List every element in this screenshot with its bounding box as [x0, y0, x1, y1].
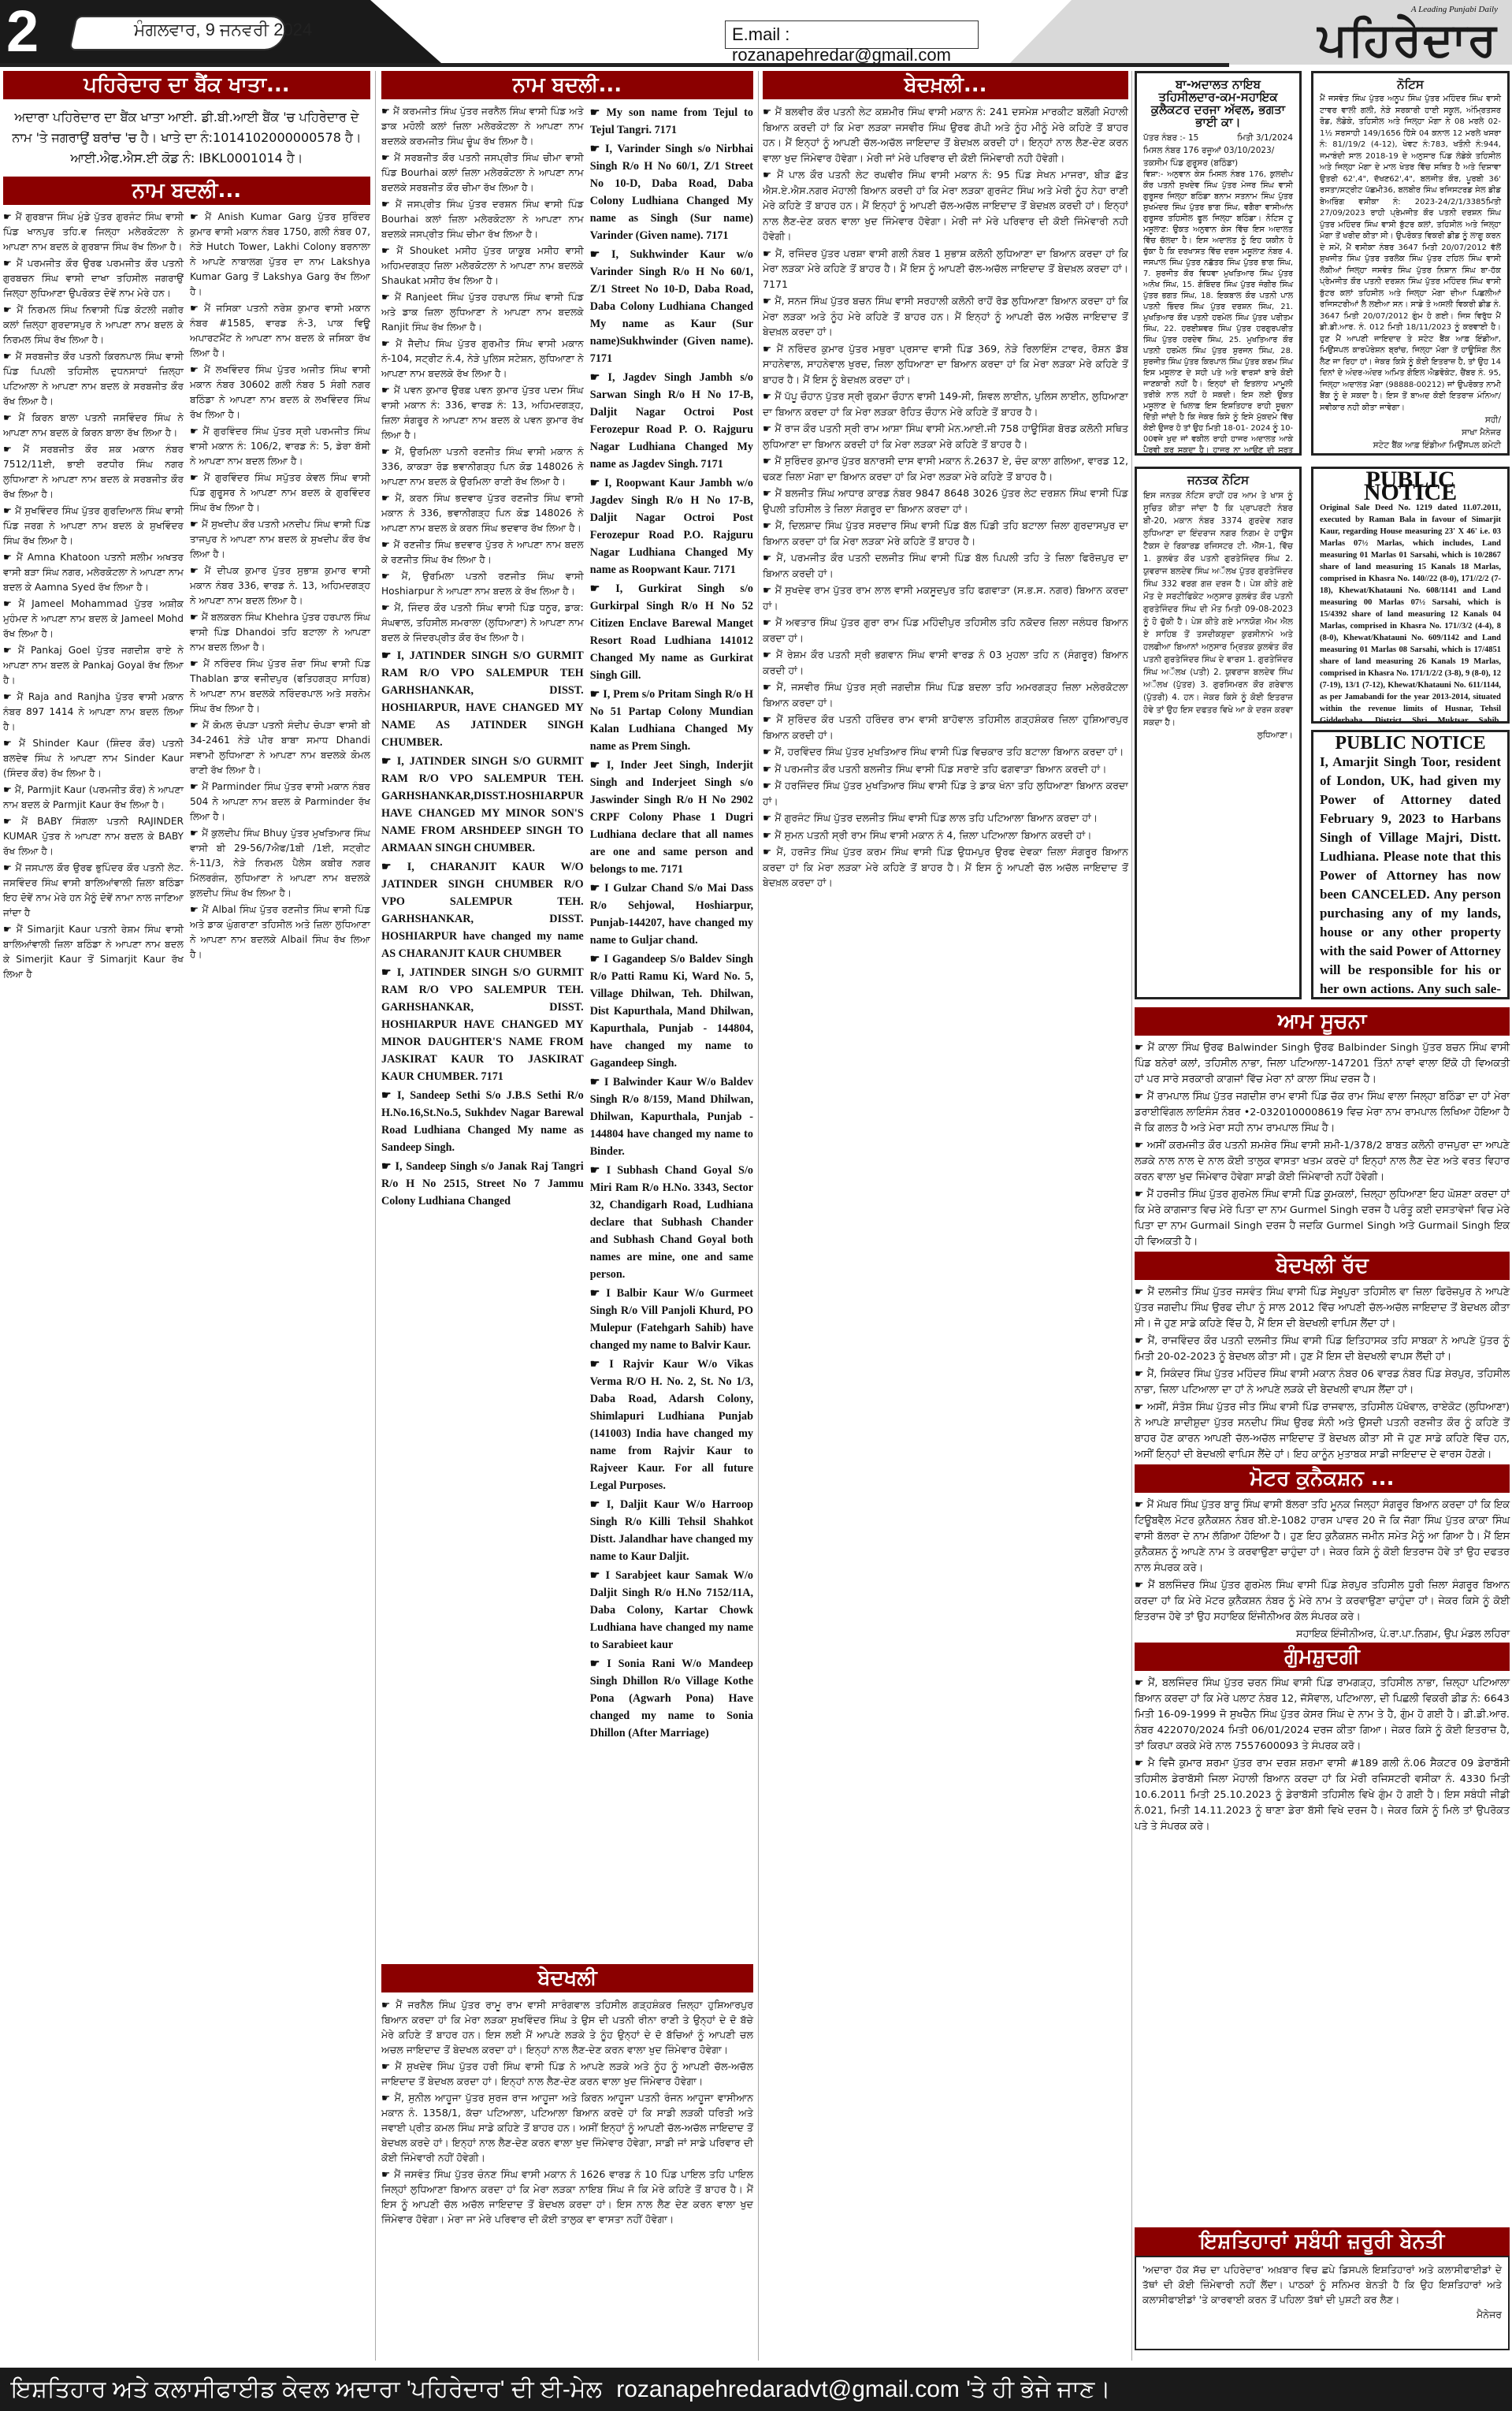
column-center: ਨਾਮ ਬਦਲੀ... ਮੈਂ ਕਰਮਜੀਤ ਸਿੰਘ ਪੁੱਤਰ ਜਰਨੈਲ … — [381, 71, 753, 1901]
eviction-heading-center: ਬੇਦਖਲੀ — [381, 1964, 753, 1992]
public-notice-sale-deed: PUBLIC NOTICE Original Sale Deed No. 121… — [1311, 467, 1510, 724]
signature-line: ਸਹੀ/ — [1320, 414, 1501, 426]
list-item: I Sarabjeet kaur Samak W/o Daljit Singh … — [590, 1567, 753, 1654]
list-item: ਮੈਂ, ਸਿਕੰਦਰ ਸਿੰਘ ਪੁੱਤਰ ਮਹਿੰਦਰ ਸਿੰਘ ਵਾਸੀ … — [1135, 1367, 1510, 1398]
list-item: ਮੈਂ ਗੁਰਵਿੰਦਰ ਸਿੰਘ ਸਪੁੱਤਰ ਕੇਵਲ ਸਿੰਘ ਵਾਸੀ … — [190, 471, 370, 515]
list-item: ਮੈਂ ਦਲਜੀਤ ਸਿੰਘ ਪੁੱਤਰ ਜਸਵੰਤ ਸਿੰਘ ਵਾਸੀ ਪਿੰ… — [1135, 1285, 1510, 1332]
list-item: I, JATINDER SINGH S/O GURMIT RAM R/O VPO… — [381, 647, 584, 751]
court-notice-file: ਮਿਸਲ ਨੰਬਰ 176 ਰਜੂਆਂ 03/10/2023/ — [1143, 144, 1293, 157]
eviction-center-section: ਬੇਦਖਲੀ ਮੈਂ ਜਰਨੈਲ ਸਿੰਘ ਪੁੱਤਰ ਰਾਮੂ ਰਾਮ ਵਾਸ… — [381, 1964, 753, 2228]
public-notice-2-heading: PUBLIC NOTICE — [1320, 737, 1501, 750]
list-item: ਮੈਂ, ਸਨਜ ਸਿੰਘ ਪੁੱਤਰ ਬਚਨ ਸਿੰਘ ਵਾਸੀ ਸਰਹਾਲੀ… — [763, 293, 1128, 340]
list-item: I Balwinder Kaur W/o Baldev Singh R/o 8/… — [590, 1073, 753, 1160]
footer-suffix: 'ਤੇ ਹੀ ਭੇਜੇ ਜਾਣ। — [966, 2376, 1110, 2402]
list-item: ਮੈਂ, ਜਿੰਦਰ ਕੌਰ ਪਤਨੀ ਸਿੰਘ ਵਾਸੀ ਪਿੰਡ ਧਨੂਰ,… — [381, 601, 584, 646]
page-number: 2 — [6, 2, 39, 61]
list-item: ਮੈਂ ਰਾਮਪਾਲ ਸਿੰਘ ਪੁੱਤਰ ਜਗਦੀਸ਼ ਰਾਮ ਵਾਸੀ ਪਿ… — [1135, 1089, 1510, 1137]
list-item: ਮੈਂ ਪਵਨ ਕੁਮਾਰ ਉਰਫ਼ ਪਵਨ ਕੁਮਾਰ ਪੁੱਤਰ ਪਦਮ ਸ… — [381, 383, 584, 443]
list-item: ਮੈਂ Shinder Kaur (ਸ਼ਿੰਦਰ ਕੌਰ) ਪਤਨੀ ਬਲਦੇਵ… — [3, 736, 184, 781]
list-item: ਮੈਂ ਕਰਮਜੀਤ ਸਿੰਘ ਪੁੱਤਰ ਜਰਨੈਲ ਸਿੰਘ ਵਾਸੀ ਪਿ… — [381, 104, 584, 149]
issue-date: ਮੰਗਲਵਾਰ, 9 ਜਨਵਰੀ 2024 — [134, 20, 312, 40]
bank-notice-heading: ਨੋਟਿਸ — [1320, 78, 1501, 91]
motor-connection-heading: ਮੋਟਰ ਕੁਨੈਕਸ਼ਨ ... — [1135, 1464, 1510, 1493]
bank-notice: ਨੋਟਿਸ ਮੈਂ ਜਸਵੰਤ ਸਿੰਘ ਪੁੱਤਰ ਅਨੂਪ ਸਿੰਘ ਪੁੱ… — [1311, 71, 1510, 456]
court-notice-heading: ਬਾ-ਅਦਾਲਤ ਨਾਇਬ ਤਹਿਸੀਲਦਾਰ-ਕਮ-ਸਹਾਇਕ ਕੁਲੈਕਟਰ… — [1143, 78, 1293, 128]
footer-text: ਇਸ਼ਤਿਹਾਰ ਅਤੇ ਕਲਾਸੀਫਾਈਡ ਕੇਵਲ ਅਦਾਰਾ 'ਪਹਿਰੇ… — [11, 2376, 602, 2402]
list-item: ਮੈਂ, ਹਰਜੋਤ ਸਿੰਘ ਪੁੱਤਰ ਕਰਮ ਸਿੰਘ ਵਾਸੀ ਪਿੰਡ… — [763, 844, 1128, 891]
list-item: ਮੈਂ ਸੁਰਿੰਦਰ ਕੁਮਾਰ ਪੁੱਤਰ ਬਨਾਰਸੀ ਦਾਸ ਵਾਸੀ … — [763, 453, 1128, 484]
list-item: ਮੈਂ Pankaj Goel ਪੁੱਤਰ ਜਗਦੀਸ਼ ਰਾਏ ਨੇ ਆਪਣਾ… — [3, 643, 184, 688]
list-item: ਅਸੀਂ, ਸੰਤੋਸ਼ ਸਿੰਘ ਪੁੱਤਰ ਜੀਤ ਸਿੰਘ ਵਾਸੀ ਪਿ… — [1135, 1400, 1510, 1463]
column-eviction: ਬੇਦਖ਼ਲੀ... ਮੈਂ ਬਲਵੀਰ ਕੌਰ ਪਤਨੀ ਲੇਟ ਕਸ਼ਮੀਰ… — [763, 71, 1128, 2382]
list-item: ਮੈਂ Parminder ਸਿੰਘ ਪੁੱਤਰ ਵਾਸੀ ਮਕਾਨ ਨੰਬਰ … — [190, 779, 370, 824]
list-item: ਮੈਂ Jameel Mohammad ਪੁੱਤਰ ਅਸ਼ੀਕ ਮੁਹੰਮਦ ਨ… — [3, 597, 184, 642]
list-item: ਮੈਂ ਰਾਜ ਕੌਰ ਪਤਨੀ ਸ੍ਰੀ ਰਾਮ ਆਸ਼ਾ ਸਿੰਘ ਵਾਸੀ… — [763, 421, 1128, 452]
list-item: ਮੈਂ ਬਲਜਿੰਦਰ ਸਿੰਘ ਪੁੱਤਰ ਗੁਰਮੇਲ ਸਿੰਘ ਵਾਸੀ … — [1135, 1578, 1510, 1625]
list-item: ਮੈਂ, ਉਰਮਿਲਾ ਪਤਨੀ ਰਣਜੀਤ ਸਿੰਘ ਵਾਸੀ ਮਕਾਨ ਨੰ… — [381, 445, 584, 489]
list-item: ਮੈਂ ਬਲਵੀਰ ਕੌਰ ਪਤਨੀ ਲੇਟ ਕਸ਼ਮੀਰ ਸਿੰਘ ਵਾਸੀ … — [763, 104, 1128, 166]
name-change-center-b: My son name from Tejul to Tejul Tangri. … — [590, 104, 753, 1901]
list-item: ਮੈਂ Simarjit Kaur ਪਤਨੀ ਰੇਸ਼ਮ ਸਿੰਘ ਵਾਸੀ ਬ… — [3, 922, 184, 982]
list-item: ਮੈਂ ਕਾਲਾ ਸਿੰਘ ਉਰਫ Balwinder Singh ਉਰਫ Ba… — [1135, 1040, 1510, 1088]
bank-notice-body: ਮੈਂ ਜਸਵੰਤ ਸਿੰਘ ਪੁੱਤਰ ਅਨੂਪ ਸਿੰਘ ਪੁੱਤਰ ਮਹਿ… — [1320, 94, 1501, 414]
list-item: I, JATINDER SINGH S/O GURMIT RAM R/O VPO… — [381, 753, 584, 857]
list-item: ਮੈਂ ਗੁਰਜੰਟ ਸਿੰਘ ਪੁੱਤਰ ਦਲਜੀਤ ਸਿੰਘ ਵਾਸੀ ਪਿ… — [763, 810, 1128, 826]
bank-heading: ਪਹਿਰੇਦਾਰ ਦਾ ਬੈਂਕ ਖਾਤਾ... — [3, 71, 370, 99]
list-item: I, Gurkirat Singh s/o Gurkirpal Singh R/… — [590, 580, 753, 684]
list-item: ਮੈਂ, ਰਾਜਵਿੰਦਰ ਕੌਰ ਪਤਨੀ ਦਲਜੀਤ ਸਿੰਘ ਵਾਸੀ ਪ… — [1135, 1334, 1510, 1365]
list-item: ਮੈਂ ਨਿਰਮਲ ਸਿੰਘ ਨਿਵਾਸੀ ਪਿੰਡ ਕੋਟਲੀ ਜਗੀਰ ਕਲ… — [3, 303, 184, 348]
signature-line: ਲੁਧਿਆਣਾ। — [1143, 729, 1293, 742]
list-item: ਮੈਂ ਜਰਨੈਲ ਸਿੰਘ ਪੁੱਤਰ ਰਾਮੂ ਰਾਮ ਵਾਸੀ ਸਾਰੰਗ… — [381, 1997, 753, 2057]
list-item: ਮੈਂ ਜਸਪਾਲ ਕੌਰ ਉਰਫ ਭੁਪਿੰਦਰ ਕੌਰ ਪਤਨੀ ਲੇਟ. … — [3, 861, 184, 921]
list-item: ਮੈਂ ਨਰਿੰਦਰ ਕੁਮਾਰ ਪੁੱਤਰ ਮਥੁਰਾ ਪ੍ਰਸਾਦ ਵਾਸੀ… — [763, 341, 1128, 388]
court-notice-body: ਵਿਸ਼ਾ:- ਅਨੁਵਾਨ ਕੇਸ ਮਿਸਲ ਨੰਬਰ 176, ਕੁਲਦੀਪ… — [1143, 169, 1293, 456]
footer-email[interactable]: rozanapehredaradvt@gmail.com — [616, 2376, 960, 2402]
list-item: ਮੈਂ ਬਲਕਰਨ ਸਿੰਘ Khehra ਪੁੱਤਰ ਹਰਪਾਲ ਸਿੰਘ ਵ… — [190, 610, 370, 655]
list-item: ਮੈਂ ਸਰਬਜੀਤ ਕੌਰ ਪਤਨੀ ਕਿਰਨਪਾਲ ਸਿੰਘ ਵਾਸੀ ਪਿ… — [3, 349, 184, 409]
lost-heading: ਗੁੰਮਸ਼ੁਦਗੀ — [1135, 1643, 1510, 1671]
list-item: ਮੈਂ ਮੱਘਰ ਸਿੰਘ ਪੁੱਤਰ ਬਾਰੂ ਸਿੰਘ ਵਾਸੀ ਬੱਲਰਾ… — [1135, 1498, 1510, 1576]
masthead-rule — [0, 63, 1229, 67]
list-item: ਮੈਂ Albal ਸਿੰਘ ਪੁੱਤਰ ਰਣਜੀਤ ਸਿੰਘ ਵਾਸੀ ਪਿੰ… — [190, 902, 370, 962]
list-item: ਮੈਂ ਗੁਰਵਿੰਦਰ ਸਿੰਘ ਪੁੱਤਰ ਸ੍ਰੀ ਪਰਮਜੀਤ ਸਿੰਘ… — [190, 424, 370, 469]
court-notice-ref: ਪੱਤਰ ਨੰਬਰ :- 15 — [1143, 132, 1198, 144]
signature-line: ਸਾਖਾ ਮੋਗਾ — [1320, 452, 1501, 456]
public-notice-2-body: I, Amarjit Singh Toor, resident of Londo… — [1320, 753, 1501, 999]
list-item: I, Sandeep Singh s/o Janak Raj Tangri R/… — [381, 1158, 584, 1210]
list-item: ਮੈਂ Amna Khatoon ਪਤਨੀ ਸਲੀਮ ਅਖਤਰ ਵਾਸੀ ਬੜਾ… — [3, 550, 184, 595]
list-item: I Gulzar Chand S/o Mai Dass R/o Sehjowal… — [590, 880, 753, 949]
list-item: I, Inder Jeet Singh, Inderjit Singh and … — [590, 757, 753, 878]
name-change-center-a: ਮੈਂ ਕਰਮਜੀਤ ਸਿੰਘ ਪੁੱਤਰ ਜਰਨੈਲ ਸਿੰਘ ਵਾਸੀ ਪਿ… — [381, 104, 584, 1901]
list-item: I, Daljit Kaur W/o Harroop Singh R/o Kil… — [590, 1496, 753, 1565]
list-item: I, Sukhwinder Kaur w/o Varinder Singh R/… — [590, 246, 753, 367]
list-item: ਮੈਂ ਸੁਮਨ ਪਤਨੀ ਸ੍ਰੀ ਰਾਮ ਸਿੰਘ ਵਾਸੀ ਮਕਾਨ ਨੰ… — [763, 828, 1128, 843]
list-item: ਮੈਂ ਕੁਲਦੀਪ ਸਿੰਘ Bhuy ਪੁੱਤਰ ਮੁਖਤਿਆਰ ਸਿੰਘ … — [190, 826, 370, 901]
list-item: ਮੈਂ Ranjeet ਸਿੰਘ ਪੁੱਤਰ ਹਰਪਾਲ ਸਿੰਘ ਵਾਸੀ ਪ… — [381, 290, 584, 335]
list-item: ਮੈਂ ਨਰਿੰਦਰ ਸਿੰਘ ਪੁੱਤਰ ਜ਼ੋਰਾ ਸਿੰਘ ਵਾਸੀ ਪਿ… — [190, 657, 370, 716]
list-item: ਮੈਂ ਰੇਸ਼ਮ ਕੌਰ ਪਤਨੀ ਸ੍ਰੀ ਭਗਵਾਨ ਸਿੰਘ ਵਾਸੀ … — [763, 647, 1128, 678]
list-item: I, CHARANJIT KAUR W/O JATINDER SINGH CHU… — [381, 858, 584, 962]
public-notice-punjabi-body: ਇਸ ਜਨਤਕ ਨੋਟਿਸ ਰਾਹੀਂ ਹਰ ਆਮ ਤੇ ਖਾਸ ਨੂੰ ਸੂਚ… — [1143, 489, 1293, 729]
list-item: ਮੈਂ ਹਰਜੀਤ ਸਿੰਘ ਪੁੱਤਰ ਗੁਰਮੇਲ ਸਿੰਘ ਵਾਸੀ ਪਿ… — [1135, 1187, 1510, 1250]
list-item: ਮੈਂ ਲਖਵਿੰਦਰ ਸਿੰਘ ਪੁੱਤਰ ਅਜੀਤ ਸਿੰਘ ਵਾਸੀ ਮਕ… — [190, 363, 370, 422]
bank-details: ਅਦਾਰਾ ਪਹਿਰੇਦਾਰ ਦਾ ਬੈਂਕ ਖਾਤਾ ਆਈ. ਡੀ.ਬੀ.ਆਈ… — [3, 104, 370, 172]
list-item: ਮੈਂ ਪਾਲ ਕੌਰ ਪਤਨੀ ਲੇਟ ਰਘਵੀਰ ਸਿੰਘ ਵਾਸੀ ਮਕਾ… — [763, 167, 1128, 244]
court-notice-date: ਮਿਤੀ 3/1/2024 — [1237, 132, 1293, 144]
list-item: ਮੈਂ, ਹਰਵਿੰਦਰ ਸਿੰਘ ਪੁੱਤਰ ਮੁਖਤਿਆਰ ਸਿੰਘ ਵਾਸ… — [763, 744, 1128, 760]
signature-line: ਸਹਾਇਕ ਇੰਜੀਨੀਅਰ, ਪੰ.ਰਾ.ਪਾ.ਨਿਗਮ, ਉਪ ਮੰਡਲ ਲ… — [1135, 1627, 1510, 1643]
list-item: ਮੈਂ, ਉਰਮਿਲਾ ਪਤਨੀ ਰਣਜੀਤ ਸਿੰਘ ਵਾਸੀ Hoshiar… — [381, 569, 584, 599]
list-item: I, Roopwant Kaur Jambh w/o Jagdev Singh … — [590, 474, 753, 579]
signature-line: ਸਟੇਟ ਬੈਂਕ ਆਫ਼ ਇੰਡੀਆ ਮਿਉਂਸਪਲ ਕਮੇਟੀ — [1320, 439, 1501, 452]
ad-request-heading: ਇਸ਼ਤਿਹਾਰਾਂ ਸਬੰਧੀ ਜ਼ਰੂਰੀ ਬੇਨਤੀ — [1135, 2227, 1510, 2256]
list-item: ਮੈਂ, Parmjit Kaur (ਪਰਮਜੀਤ ਕੌਰ) ਨੇ ਆਪਣਾ ਨ… — [3, 783, 184, 813]
column-divider — [1131, 71, 1132, 2361]
list-item: ਮੈਂ ਕੋਮਲ ਚੋਪੜਾ ਪਤਨੀ ਸੰਦੀਪ ਚੋਪੜਾ ਵਾਸੀ ਬੀ … — [190, 718, 370, 778]
list-item: ਮੈਂ ਗੁਰਬਾਜ ਸਿੰਘ ਮੁੰਡੇ ਪੁੱਤਰ ਗੁਰਜੰਟ ਸਿੰਘ … — [3, 210, 184, 255]
list-item: ਮੈਂ, ਰਜਿੰਦਰ ਪੁੱਤਰ ਪਰਸ਼ਾ ਵਾਸੀ ਗਲੀ ਨੰਬਰ 1 … — [763, 246, 1128, 292]
list-item: I Rajvir Kaur W/o Vikas Verma R/O H. No.… — [590, 1356, 753, 1494]
list-item: ਅਸੀਂ ਕਰਮਜੀਤ ਕੌਰ ਪਤਨੀ ਸ਼ਮਸ਼ੇਰ ਸਿੰਘ ਵਾਸੀ ਸ… — [1135, 1138, 1510, 1185]
list-item: ਮੈਂ ਸੁਖਦੇਵ ਰਾਮ ਪੁੱਤਰ ਰਾਮ ਲਾਲ ਵਾਸੀ ਮਕਸੂਦਪ… — [763, 582, 1128, 613]
list-item: ਮੈਂ ਸੁਖਦੇਵ ਸਿੰਘ ਪੁੱਤਰ ਹਰੀ ਸਿੰਘ ਵਾਸੀ ਪਿੰਡ… — [381, 2059, 753, 2089]
public-notice-power-of-attorney: PUBLIC NOTICE I, Amarjit Singh Toor, res… — [1311, 730, 1510, 999]
list-item: ਮੈਂ ਸਰਬਜੀਤ ਕੌਰ ਪਤਨੀ ਜਸਪ੍ਰੀਤ ਸਿੰਘ ਚੀਮਾ ਵਾ… — [381, 151, 584, 195]
list-item: I, JATINDER SINGH S/O GURMIT RAM R/O VPO… — [381, 964, 584, 1085]
list-item: I, Jagdev Singh Jambh s/o Sarwan Singh R… — [590, 369, 753, 473]
masthead-email[interactable]: E.mail : rozanapehredar@gmail.com — [725, 20, 979, 49]
eviction-heading-right: ਬੇਦਖ਼ਲੀ... — [763, 71, 1128, 99]
list-item: I Sonia Rani W/o Mandeep Singh Dhillon R… — [590, 1655, 753, 1742]
name-change-heading-center: ਨਾਮ ਬਦਲੀ... — [381, 71, 753, 99]
list-item: ਮੈਂ, ਪਰਮਜੀਤ ਕੌਰ ਪਤਨੀ ਦਲਜੀਤ ਸਿੰਘ ਵਾਸੀ ਪਿੰ… — [763, 550, 1128, 581]
list-item: ਮੈਂ BABY ਸਿੰਗਲਾ ਪਤਨੀ RAJINDER KUMAR ਪੁੱਤ… — [3, 814, 184, 859]
newspaper-logo: ਪਹਿਰੇਦਾਰ — [1317, 13, 1498, 67]
public-notice-1-heading: PUBLIC NOTICE — [1320, 474, 1501, 499]
ad-request-section: ਇਸ਼ਤਿਹਾਰਾਂ ਸਬੰਧੀ ਜ਼ਰੂਰੀ ਬੇਨਤੀ 'ਅਦਾਰਾ ਹੱਕ… — [1135, 2227, 1510, 2350]
list-item: ਮੈਂ ਪਰਮਜੀਤ ਕੌਰ ਪਤਨੀ ਬਲਜੀਤ ਸਿੰਘ ਵਾਸੀ ਪਿੰਡ… — [763, 761, 1128, 777]
public-notice-punjabi-heading: ਜਨਤਕ ਨੋਟਿਸ — [1143, 474, 1293, 486]
list-item: I Subhash Chand Goyal S/o Miri Ram R/o H… — [590, 1162, 753, 1283]
list-item: ਮੈਂ Raja and Ranjha ਪੁੱਤਰ ਵਾਸੀ ਮਕਾਨ ਨੰਬਰ… — [3, 690, 184, 735]
public-notice-1-body: Original Sale Deed No. 1219 dated 11.07.… — [1320, 502, 1501, 724]
column-left: ਪਹਿਰੇਦਾਰ ਦਾ ਬੈਂਕ ਖਾਤਾ... ਅਦਾਰਾ ਪਹਿਰੇਦਾਰ … — [3, 71, 370, 984]
list-item: ਮੈਂ ਜਸਵੰਤ ਸਿੰਘ ਪੁੱਤਰ ਚੰਨਣ ਸਿੰਘ ਵਾਸੀ ਮਕਾਨ… — [381, 2167, 753, 2227]
list-item: ਮੈਂ ਸੁਖਵਿੰਦਰ ਸਿੰਘ ਪੁੱਤਰ ਗੁਰਦਿਆਲ ਸਿੰਘ ਵਾਸ… — [3, 504, 184, 549]
list-item: ਮੈਂ, ਜਸਵੀਰ ਸਿੰਘ ਪੁੱਤਰ ਸ੍ਰੀ ਜਗਦੀਸ਼ ਸਿੰਘ ਪ… — [763, 679, 1128, 710]
masthead: 2 ਮੰਗਲਵਾਰ, 9 ਜਨਵਰੀ 2024 E.mail : rozanap… — [0, 0, 1512, 65]
list-item: ਮੈਂ, ਸੁਨੀਲ ਆਹੂਜਾ ਪੁੱਤਰ ਸੁਰਜ ਰਾਜ ਆਹੂਜਾ ਅਤ… — [381, 2090, 753, 2165]
list-item: ਮੈਂ ਪਰਮਜੀਤ ਕੌਰ ਉਰਫ ਪਰਮਜੀਤ ਕੌਰ ਪਤਨੀ ਗੁਰਬਚ… — [3, 256, 184, 301]
list-item: ਮੈਂ ਪੱਪੂ ਚੌਹਾਨ ਪੁੱਤਰ ਸ੍ਰੀ ਰੁਕਮਾ ਚੌਹਾਨ ਵਾ… — [763, 389, 1128, 419]
public-notice-punjabi: ਜਨਤਕ ਨੋਟਿਸ ਇਸ ਜਨਤਕ ਨੋਟਿਸ ਰਾਹੀਂ ਹਰ ਆਮ ਤੇ … — [1135, 467, 1302, 999]
list-item: ਮੈਂ ਜੈਦੀਪ ਸਿੰਘ ਪੁੱਤਰ ਗੁਰਮੀਤ ਸਿੰਘ ਵਾਸੀ ਮਕ… — [381, 337, 584, 381]
list-item: I, Varinder Singh s/o Nirbhai Singh R/o … — [590, 140, 753, 244]
name-change-list-a: ਮੈਂ ਗੁਰਬਾਜ ਸਿੰਘ ਮੁੰਡੇ ਪੁੱਤਰ ਗੁਰਜੰਟ ਸਿੰਘ … — [3, 210, 184, 984]
list-item: ਮੈਂ ਹਰਜਿੰਦਰ ਸਿੰਘ ਪੁੱਤਰ ਮੁਖਤਿਆਰ ਸਿੰਘ ਵਾਸੀ… — [763, 778, 1128, 809]
signature-line: ਸਾਖਾ ਮੈਨੇਜਰ — [1320, 426, 1501, 439]
list-item: ਮੈਂ ਰਣਜੀਤ ਸਿੰਘ ਭਦਵਾਰ ਪੁੱਤਰ ਨੇ ਆਪਣਾ ਨਾਮ ਬ… — [381, 538, 584, 567]
list-item: My son name from Tejul to Tejul Tangri. … — [590, 104, 753, 139]
list-item: ਮੈਂ ਸੁਰਿੰਦਰ ਕੌਰ ਪਤਨੀ ਹਰਿੰਦਰ ਰਾਮ ਵਾਸੀ ਬਾਹ… — [763, 712, 1128, 742]
ad-request-body: 'ਅਦਾਰਾ ਹੱਕ ਸੱਚ ਦਾ ਪਹਿਰੇਦਾਰ' ਅਖ਼ਬਾਰ ਵਿਚ ਛ… — [1142, 2262, 1502, 2307]
list-item: ਮੈਂ Anish Kumar Garg ਪੁੱਤਰ ਸੁਰਿੰਦਰ ਕੁਮਾਰ… — [190, 210, 370, 300]
ad-request-box: 'ਅਦਾਰਾ ਹੱਕ ਸੱਚ ਦਾ ਪਹਿਰੇਦਾਰ' ਅਖ਼ਬਾਰ ਵਿਚ ਛ… — [1135, 2256, 1510, 2350]
signature-line: ਮੈਨੇਜਰ — [1142, 2307, 1502, 2322]
list-item: ਮੈਂ ਸਰਬਜੀਤ ਕੌਰ ਸ਼ਕ ਮਕਾਨ ਨੰਬਰ 7512/11ਈ, ਭ… — [3, 442, 184, 502]
list-item: ਮੈਂ ਬਲਜੀਤ ਸਿੰਘ ਆਧਾਰ ਕਾਰਡ ਨੰਬਰ 9847 8648 … — [763, 486, 1128, 516]
list-item: ਮੈਂ ਜਸਪ੍ਰੀਤ ਸਿੰਘ ਪੁੱਤਰ ਦਰਸ਼ਨ ਸਿੰਘ ਵਾਸੀ ਪ… — [381, 197, 584, 242]
general-info-heading: ਆਮ ਸੂਚਨਾ — [1135, 1007, 1510, 1036]
column-divider — [758, 71, 759, 2361]
list-item: ਮੈ ਵਿਜੈ ਕੁਮਾਰ ਸ਼ਰਮਾ ਪੁੱਤਰ ਰਾਮ ਦਰਸ਼ ਸ਼ਰਮਾ… — [1135, 1756, 1510, 1835]
list-item: ਮੈਂ, ਦਿਲਸ਼ਾਦ ਸਿੰਘ ਪੁੱਤਰ ਸਰਦਾਰ ਸਿੰਘ ਵਾਸੀ … — [763, 518, 1128, 549]
list-item: I Balbir Kaur W/o Gurmeet Singh R/o Vill… — [590, 1285, 753, 1354]
name-change-heading-left: ਨਾਮ ਬਦਲੀ... — [3, 177, 370, 205]
list-item: ਮੈਂ ਅਵਤਾਰ ਸਿੰਘ ਪੁੱਤਰ ਗੁਰਾ ਰਾਮ ਪਿੰਡ ਮਹਿੰਦ… — [763, 615, 1128, 646]
list-item: ਮੈਂ ਕਿਰਨ ਬਾਲਾ ਪਤਨੀ ਜਸਵਿੰਦਰ ਸਿੰਘ ਨੇ ਆਪਣਾ … — [3, 411, 184, 441]
list-item: ਮੈਂ, ਕਰਨ ਸਿੰਘ ਭਦਵਾਰ ਪੁੱਤਰ ਰਣਜੀਤ ਸਿੰਘ ਵਾਸ… — [381, 491, 584, 536]
court-notice: ਬਾ-ਅਦਾਲਤ ਨਾਇਬ ਤਹਿਸੀਲਦਾਰ-ਕਮ-ਸਹਾਇਕ ਕੁਲੈਕਟਰ… — [1135, 71, 1302, 456]
court-notice-village: ਤਕਸੀਮ ਪਿੰਡ ਗੁਰੂਸਰ (ਬਠਿੰਡਾ) — [1143, 157, 1293, 169]
column-notices: ਬਾ-ਅਦਾਲਤ ਨਾਇਬ ਤਹਿਸੀਲਦਾਰ-ਕਮ-ਸਹਾਇਕ ਕੁਲੈਕਟਰ… — [1135, 71, 1510, 1836]
logo-area: A Leading Punjabi Daily ਪਹਿਰੇਦਾਰ — [1009, 0, 1512, 65]
eviction-cancel-heading: ਬੇਦਖਲੀ ਰੱਦ — [1135, 1252, 1510, 1280]
list-item: I, Prem s/o Pritam Singh R/o H No 51 Par… — [590, 686, 753, 755]
list-item: ਮੈਂ Shouket ਮਸੀਹ ਪੁੱਤਰ ਯਾਕੂਬ ਮਸੀਹ ਵਾਸੀ ਅ… — [381, 244, 584, 288]
list-item: ਮੈਂ ਦੀਪਕ ਕੁਮਾਰ ਪੁੱਤਰ ਸੁਭਾਸ਼ ਕੁਮਾਰ ਵਾਸੀ ਮ… — [190, 564, 370, 608]
column-divider — [375, 71, 376, 2361]
list-item: ਮੈਂ, ਬਲਜਿੰਦਰ ਸਿੰਘ ਪੁੱਤਰ ਚਰਨ ਸਿੰਘ ਵਾਸੀ ਪਿ… — [1135, 1676, 1510, 1754]
name-change-list-b: ਮੈਂ Anish Kumar Garg ਪੁੱਤਰ ਸੁਰਿੰਦਰ ਕੁਮਾਰ… — [190, 210, 370, 984]
footer-banner: ਇਸ਼ਤਿਹਾਰ ਅਤੇ ਕਲਾਸੀਫਾਈਡ ਕੇਵਲ ਅਦਾਰਾ 'ਪਹਿਰੇ… — [0, 2368, 1512, 2411]
list-item: I Gagandeep S/o Baldev Singh R/o Patti R… — [590, 951, 753, 1072]
list-item: ਮੈਂ ਸੁਖਦੀਪ ਕੌਰ ਪਤਨੀ ਮਨਦੀਪ ਸਿੰਘ ਵਾਸੀ ਪਿੰਡ… — [190, 517, 370, 562]
list-item: I, Sandeep Sethi S/o J.B.S Sethi R/o H.N… — [381, 1087, 584, 1156]
list-item: ਮੈਂ ਜਸਿਕਾ ਪਤਨੀ ਨਰੇਸ਼ ਕੁਮਾਰ ਵਾਸੀ ਮਕਾਨ ਨੰਬ… — [190, 301, 370, 361]
